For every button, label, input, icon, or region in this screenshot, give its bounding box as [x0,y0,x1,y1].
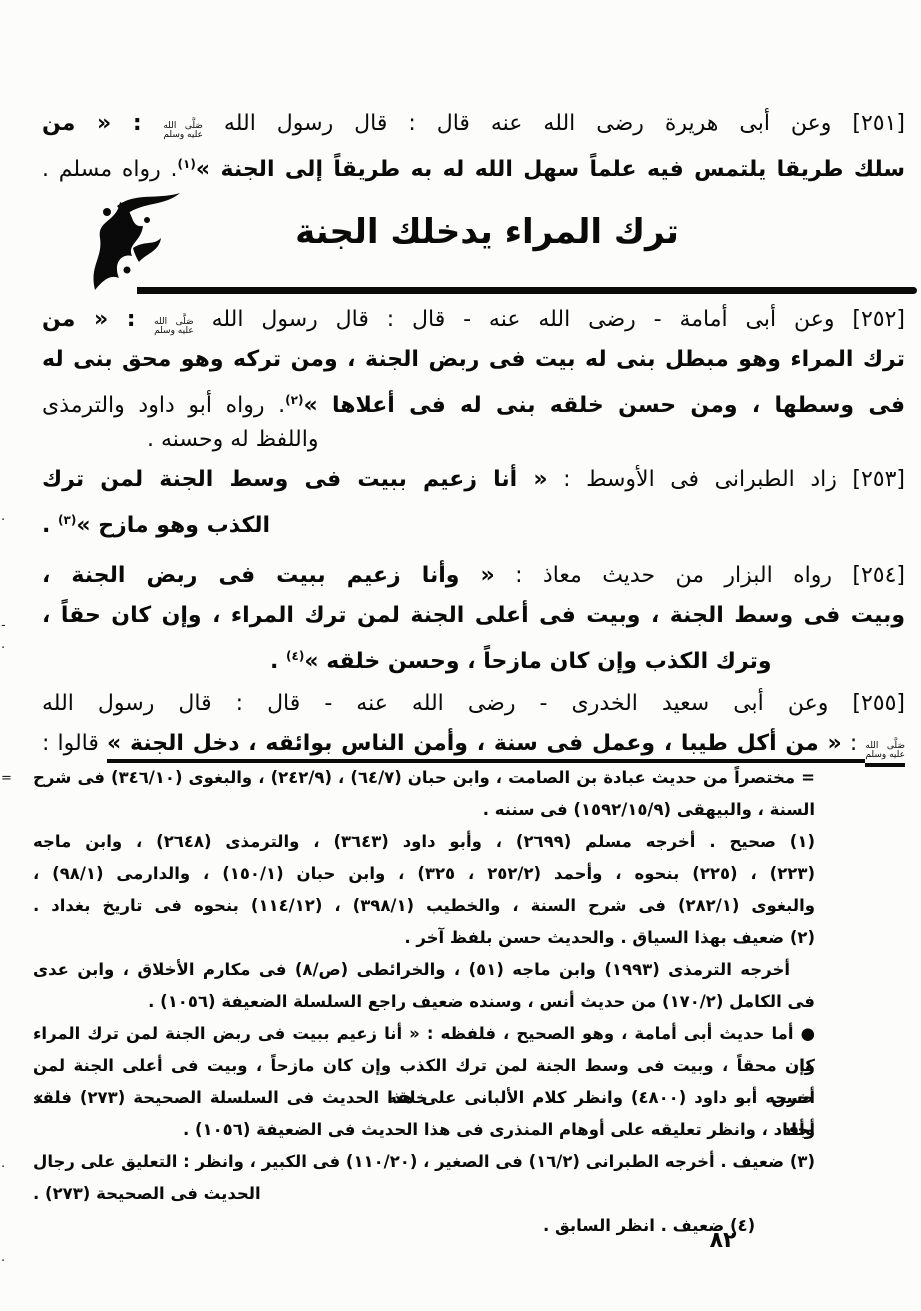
text-line: كان محقاً ، وبيت فى وسط الجنة لمن ترك ال… [33,1050,815,1082]
prophet-salutation-icon: صَلَّى اللهعليه وسلم [163,122,203,141]
footnote-ref: (٢) [285,393,303,407]
text-segment: [٢٥٤] رواه البزار من حديث معاذ : [495,563,905,588]
text-line: (٢) ضعيف بهذا السياق . والحديث حسن بلفظ … [33,922,815,954]
scan-artifact-mark: · [1,1160,5,1175]
text-line: = مختصراً من حديث عبادة بن الصامت ، وابن… [33,762,815,794]
text-line: وبيت فى وسط الجنة ، وبيت فى أعلى الجنة ل… [42,596,905,636]
hadith-paragraph-255: [٢٥٥] وعن أبى سعيد الخدرى - رضى الله عنه… [42,684,905,764]
chapter-title: ترك المراء يدخلك الجنة [222,212,752,252]
text-line: ترك المراء وهو مبطل بنى له بيت فى ربض ال… [42,340,905,380]
footnote-ref: (١) [178,157,196,171]
text-line: أخرجه أبو داود (٤٨٠٠) وانظر كلام الألبان… [33,1082,815,1114]
scan-artifact-mark: = [1,771,12,786]
text-segment: [٢٥٢] وعن أبى أمامة - رضى الله عنه - قال… [194,307,905,332]
text-segment: السنة ، والبيهقى (١٥٩٢/١٥/٩) فى سننه . [483,800,815,819]
hadith-paragraph-254: [٢٥٤] رواه البزار من حديث معاذ : « وأنا … [42,556,905,676]
text-line: [٢٥٥] وعن أبى سعيد الخدرى - رضى الله عنه… [42,684,905,724]
text-segment: : [842,731,866,763]
text-line: وأفاد ، وانظر تعليقه على أوهام المنذرى ف… [33,1114,815,1146]
prophet-salutation-icon: صَلَّى اللهعليه وسلم [154,318,194,337]
text-line: [٢٥١] وعن أبى هريرة رضى الله عنه قال : ق… [42,104,905,144]
footnotes-block: = مختصراً من حديث عبادة بن الصامت ، وابن… [33,762,815,1242]
footnote-ref: (٤) [286,649,304,663]
text-line: [٢٥٢] وعن أبى أمامة - رضى الله عنه - قال… [42,300,905,340]
text-line: فى وسطها ، ومن حسن خلقه بنى له فى أعلاها… [42,380,905,420]
text-segment: الحديث فى الصحيحة (٢٧٣) . [33,1184,261,1203]
text-segment: (٢٢٣) ، (٢٢٥) بنحوه ، وأحمد (٢٥٢/٢ ، ٣٢٥… [33,864,815,883]
text-line: والبغوى (٢٨٢/١) فى شرح السنة ، والخطيب (… [33,890,815,922]
text-line: السنة ، والبيهقى (١٥٩٢/١٥/٩) فى سننه . [33,794,815,826]
text-segment: فى وسطها ، ومن حسن خلقه بنى له فى أعلاها… [303,393,905,418]
footnote-ref: (٣) [58,513,76,527]
page-number: ٨٢ [688,1228,758,1253]
text-line: واللفظ له وحسنه . [42,420,905,460]
text-line: صَلَّى اللهعليه وسلم : « من أكل طيبا ، و… [42,724,905,764]
text-segment: : « من [42,111,163,136]
text-line: الحديث فى الصحيحة (٢٧٣) . [33,1178,815,1210]
scan-artifact-mark: · [1,641,5,656]
text-segment: سلك طريقا يلتمس فيه علماً سهل الله له به… [196,157,905,182]
text-segment: وأفاد ، وانظر تعليقه على أوهام المنذرى ف… [183,1120,815,1139]
text-line: ● أما حديث أبى أمامة ، وهو الصحيح ، فلفظ… [33,1018,815,1050]
text-segment: (١) صحيح . أخرجه مسلم (٢٦٩٩) ، وأبو داود… [33,832,815,851]
text-segment: وبيت فى وسط الجنة ، وبيت فى أعلى الجنة ل… [42,603,905,628]
text-segment: الكذب وهو مازح » [76,513,270,538]
text-segment: = مختصراً من حديث عبادة بن الصامت ، وابن… [33,768,815,787]
scan-artifact-mark: - [1,618,6,633]
text-segment: . [42,513,58,538]
text-segment: واللفظ له وحسنه . [147,427,319,452]
text-segment: والبغوى (٢٨٢/١) فى شرح السنة ، والخطيب (… [33,896,815,915]
scan-artifact-mark: · [1,1254,5,1269]
book-page: { "page": { "number": "٨٢" }, "heading":… [0,0,921,1311]
hadith-paragraph-253: [٢٥٣] زاد الطبرانى فى الأوسط : « أنا زعي… [42,460,905,540]
text-segment: . رواه أبو داود والترمذى [42,393,285,418]
text-segment: . [270,649,286,674]
text-segment: [٢٥١] وعن أبى هريرة رضى الله عنه قال : ق… [203,111,905,136]
heading-rule [137,287,917,294]
text-line: وترك الكذب وإن كان مازحاً ، وحسن خلقه »(… [42,636,905,676]
hadith-paragraph-252: [٢٥٢] وعن أبى أمامة - رضى الله عنه - قال… [42,300,905,460]
text-segment: (٣) ضعيف . أخرجه الطبرانى (١٦/٢) فى الصغ… [33,1152,815,1171]
text-line: أخرجه الترمذى (١٩٩٣) وابن ماجه (٥١) ، وا… [33,954,815,986]
text-segment: [٢٥٣] زاد الطبرانى فى الأوسط : [548,467,905,492]
text-segment: قالوا : [42,731,107,756]
chapter-heading-block: ترك المراء يدخلك الجنة [42,196,905,296]
text-segment: . رواه مسلم . [42,157,178,182]
text-segment: : « من [42,307,154,332]
scan-artifact-mark: · [1,513,5,528]
prophet-salutation-icon: صَلَّى اللهعليه وسلم [865,742,905,768]
text-line: سلك طريقا يلتمس فيه علماً سهل الله له به… [42,144,905,184]
text-line: (٢٢٣) ، (٢٢٥) بنحوه ، وأحمد (٢٥٢/٢ ، ٣٢٥… [33,858,815,890]
text-segment: [٢٥٥] وعن أبى سعيد الخدرى - رضى الله عنه… [42,691,905,716]
text-line: [٢٥٣] زاد الطبرانى فى الأوسط : « أنا زعي… [42,460,905,500]
text-line: [٢٥٤] رواه البزار من حديث معاذ : « وأنا … [42,556,905,596]
text-segment: فى الكامل (١٧٠/٢) من حديث أنس ، وسنده ضع… [148,992,815,1011]
floral-ornament-icon [78,190,188,300]
text-line: (٣) ضعيف . أخرجه الطبرانى (١٦/٢) فى الصغ… [33,1146,815,1178]
text-segment: (٢) ضعيف بهذا السياق . والحديث حسن بلفظ … [404,928,815,947]
text-line: الكذب وهو مازح »(٣) . [42,500,905,540]
text-segment: ترك المراء وهو مبطل بنى له بيت فى ربض ال… [42,347,905,372]
text-segment: « من أكل طيبا ، وعمل فى سنة ، وأمن الناس… [107,731,842,763]
text-segment: أخرجه الترمذى (١٩٩٣) وابن ماجه (٥١) ، وا… [33,960,790,979]
text-segment: « أنا زعيم ببيت فى وسط الجنة لمن ترك [42,467,548,492]
hadith-paragraph-251: [٢٥١] وعن أبى هريرة رضى الله عنه قال : ق… [42,104,905,184]
text-segment: وترك الكذب وإن كان مازحاً ، وحسن خلقه » [304,649,771,674]
text-line: فى الكامل (١٧٠/٢) من حديث أنس ، وسنده ضع… [33,986,815,1018]
text-line: (١) صحيح . أخرجه مسلم (٢٦٩٩) ، وأبو داود… [33,826,815,858]
text-segment: « وأنا زعيم ببيت فى ربض الجنة ، [42,563,495,588]
